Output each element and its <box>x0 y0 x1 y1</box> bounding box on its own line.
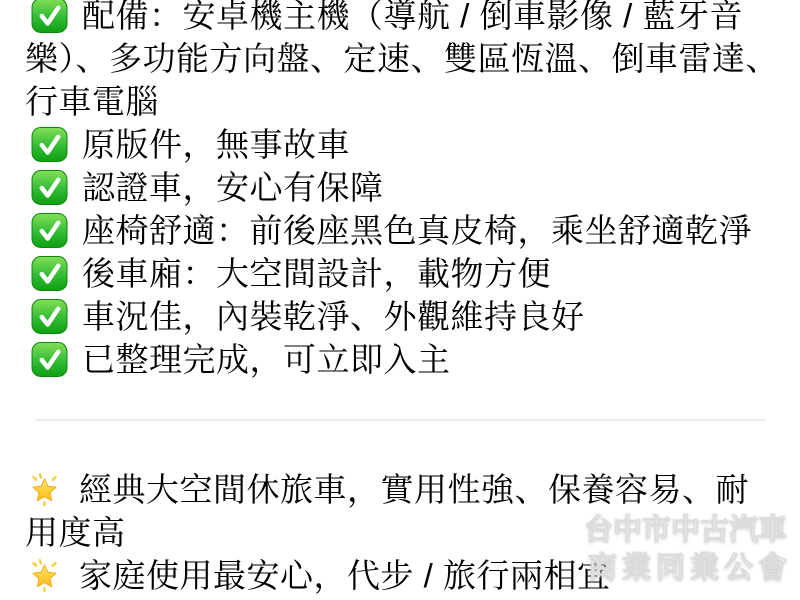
feature-text: 車況佳，內裝乾淨、外觀維持良好 <box>82 298 585 335</box>
glowing-star-icon <box>26 471 63 508</box>
feature-item: 認證車，安心有保障 <box>25 166 790 209</box>
section-divider <box>36 419 765 421</box>
highlights-section: 經典大空間休旅車，實用性強、保養容易、耐 用度高 家庭使用最安心，代步 / 旅行… <box>25 468 790 597</box>
glowing-star-icon <box>26 557 63 594</box>
feature-text: 已整理完成，可立即入主 <box>82 341 451 378</box>
check-emoji-icon <box>31 298 68 335</box>
feature-text: 原版件，無事故車 <box>82 126 350 163</box>
check-emoji-icon <box>31 0 68 34</box>
feature-item: 車況佳，內裝乾淨、外觀維持良好 <box>25 295 790 338</box>
page: { "colors": { "background": "#ffffff", "… <box>0 0 800 600</box>
check-emoji-icon <box>31 212 68 249</box>
feature-item: 已整理完成，可立即入主 <box>25 338 790 381</box>
feature-item: 後車廂：大空間設計，載物方便 <box>25 252 790 295</box>
feature-text: 座椅舒適：前後座黑色真皮椅，乘坐舒適乾淨 <box>82 212 752 249</box>
check-emoji-icon <box>31 126 68 163</box>
highlight-text: 家庭使用最安心，代步 / 旅行兩相宜 <box>79 557 611 594</box>
highlight-text: 經典大空間休旅車，實用性強、保養容易、耐 用度高 <box>25 471 749 551</box>
features-section: 配備：安卓機主機（導航 / 倒車影像 / 藍牙音 樂）、多功能方向盤、定速、雙區… <box>25 0 790 381</box>
feature-text: 後車廂：大空間設計，載物方便 <box>82 255 551 292</box>
check-emoji-icon <box>31 255 68 292</box>
highlight-item: 家庭使用最安心，代步 / 旅行兩相宜 <box>25 554 790 597</box>
car-listing-description: 配備：安卓機主機（導航 / 倒車影像 / 藍牙音 樂）、多功能方向盤、定速、雙區… <box>0 0 800 597</box>
feature-text: 認證車，安心有保障 <box>82 169 384 206</box>
feature-item: 原版件，無事故車 <box>25 123 790 166</box>
feature-item: 配備：安卓機主機（導航 / 倒車影像 / 藍牙音 樂）、多功能方向盤、定速、雙區… <box>25 0 790 123</box>
check-emoji-icon <box>31 341 68 378</box>
feature-item: 座椅舒適：前後座黑色真皮椅，乘坐舒適乾淨 <box>25 209 790 252</box>
feature-text: 配備：安卓機主機（導航 / 倒車影像 / 藍牙音 樂）、多功能方向盤、定速、雙區… <box>25 0 779 120</box>
check-emoji-icon <box>31 169 68 206</box>
highlight-item: 經典大空間休旅車，實用性強、保養容易、耐 用度高 <box>25 468 790 554</box>
